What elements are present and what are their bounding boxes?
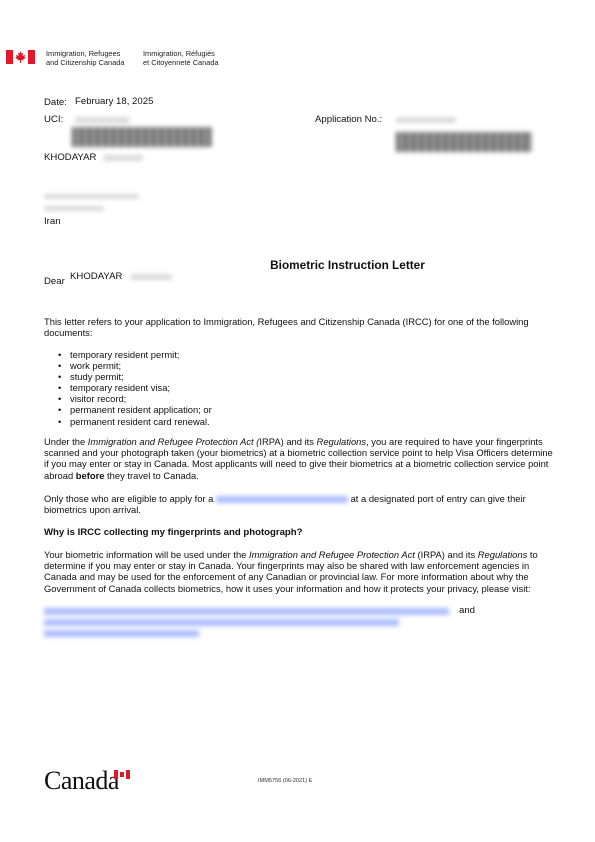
uci-label: UCI: (44, 114, 63, 125)
application-barcode (396, 132, 532, 152)
text: Only those who are eligible to apply for… (44, 493, 213, 504)
text: IRPA) and its (259, 436, 316, 447)
intro-paragraph: This letter refers to your application t… (44, 316, 554, 338)
text: Your biometric information will be used … (44, 549, 249, 560)
emphasis-before: before (76, 470, 105, 481)
list-item: work permit; (44, 360, 212, 371)
application-number-label: Application No.: (315, 114, 382, 125)
department-name-english: Immigration, Refugees and Citizenship Ca… (46, 49, 124, 67)
privacy-link-1[interactable] (44, 608, 454, 615)
port-of-entry-paragraph: Only those who are eligible to apply for… (44, 493, 554, 515)
salutation: Dear (44, 276, 65, 287)
canada-wordmark-flag-icon (114, 770, 130, 779)
dept-en-line2: and Citizenship Canada (46, 58, 124, 67)
list-item: visitor record; (44, 393, 212, 404)
list-item: permanent resident card renewal. (44, 416, 212, 427)
redacted-link[interactable] (216, 496, 348, 503)
text: Under the (44, 436, 88, 447)
biometric-use-paragraph: Your biometric information will be used … (44, 549, 554, 594)
act-name: Immigration and Refugee Protection Act ( (88, 436, 260, 447)
canada-wordmark: Canada (44, 766, 119, 796)
list-item: temporary resident visa; (44, 382, 212, 393)
uci-barcode (72, 127, 212, 147)
department-name-french: Immigration, Réfugiés et Citoyenneté Can… (143, 49, 219, 67)
list-item: permanent resident application; or (44, 404, 212, 415)
documents-list: temporary resident permit; work permit; … (44, 349, 212, 427)
application-number-redacted (396, 117, 456, 123)
and-text: and (459, 605, 475, 616)
text: (IRPA) and its (415, 549, 478, 560)
dept-en-line1: Immigration, Refugees (46, 49, 124, 58)
text: they travel to Canada. (104, 470, 198, 481)
address-line-1-redacted (44, 194, 139, 199)
irpa-paragraph: Under the Immigration and Refugee Protec… (44, 436, 554, 481)
list-item: study permit; (44, 371, 212, 382)
section-heading: Why is IRCC collecting my fingerprints a… (44, 527, 303, 538)
date-value: February 18, 2025 (75, 96, 153, 107)
form-number: IMM5756 (06-2021) E (258, 778, 312, 784)
list-item: temporary resident permit; (44, 349, 212, 360)
canada-flag-icon (6, 50, 35, 64)
act-name: Immigration and Refugee Protection Act (249, 549, 415, 560)
dept-fr-line1: Immigration, Réfugiés (143, 49, 219, 58)
salutation-surname-redacted (130, 274, 172, 280)
letter-title: Biometric Instruction Letter (0, 258, 595, 272)
address-line-2-redacted (44, 206, 104, 211)
recipient-surname-redacted (103, 155, 143, 161)
dept-fr-line2: et Citoyenneté Canada (143, 58, 219, 67)
uci-value-redacted (75, 117, 130, 123)
recipient-name: KHODAYAR (44, 152, 96, 163)
privacy-link-2[interactable] (44, 619, 404, 637)
regulations: Regulations (317, 436, 367, 447)
date-label: Date: (44, 97, 67, 108)
regulations: Regulations (478, 549, 528, 560)
recipient-country: Iran (44, 216, 61, 227)
salutation-name: KHODAYAR (70, 271, 122, 282)
